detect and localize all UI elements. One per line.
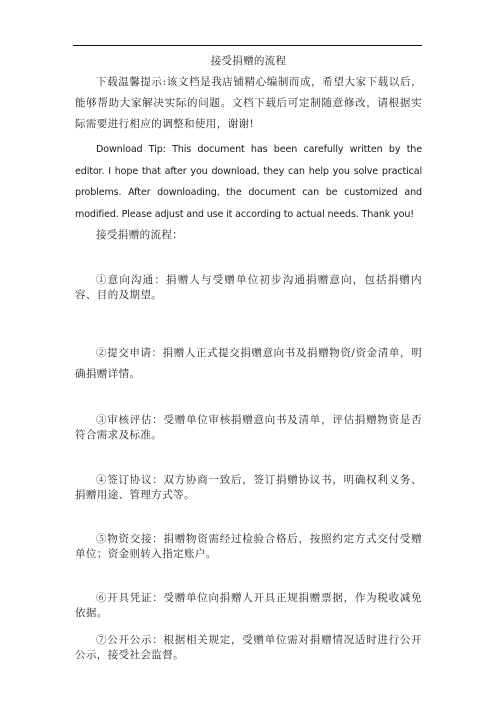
step-item: ②提交申请：捐赠人正式提交捐赠意向书及捐赠物资/资金清单，明确捐赠详情。 bbox=[75, 343, 422, 385]
step-item: ⑦公开公示：根据相关规定，受赠单位需对捐赠情况适时进行公开公示，接受社会监督。 bbox=[75, 633, 422, 663]
step-item: ④签订协议：双方协商一致后，签订捐赠协议书，明确权利义务、捐赠用途、管理方式等。 bbox=[75, 473, 422, 503]
step-item: ⑥开具凭证：受赠单位向捐赠人开具正规捐赠票据，作为税收减免依据。 bbox=[75, 591, 422, 621]
document-body: 接受捐赠的流程 下载温馨提示:该文档是我店铺精心编制而成，希望大家下载以后，能够… bbox=[75, 54, 422, 242]
download-notice-chinese: 下载温馨提示:该文档是我店铺精心编制而成，希望大家下载以后，能够帮助大家解决实际… bbox=[75, 72, 422, 135]
step-item: ①意向沟通：捐赠人与受赠单位初步沟通捐赠意向，包括捐赠内容、目的及期望。 bbox=[75, 273, 422, 303]
header-rule bbox=[73, 45, 422, 46]
section-intro: 接受捐赠的流程： bbox=[75, 228, 422, 242]
step-item: ⑤物资交接：捐赠物资需经过检验合格后，按照约定方式交付受赠单位；资金则转入指定账… bbox=[75, 532, 422, 562]
download-notice-english: Download Tip: This document has been car… bbox=[75, 139, 422, 225]
step-item: ③审核评估：受赠单位审核捐赠意向书及清单，评估捐赠物资是否符合需求及标准。 bbox=[75, 413, 422, 443]
document-page: 接受捐赠的流程 下载温馨提示:该文档是我店铺精心编制而成，希望大家下载以后，能够… bbox=[0, 0, 496, 702]
document-title: 接受捐赠的流程 bbox=[75, 54, 422, 68]
